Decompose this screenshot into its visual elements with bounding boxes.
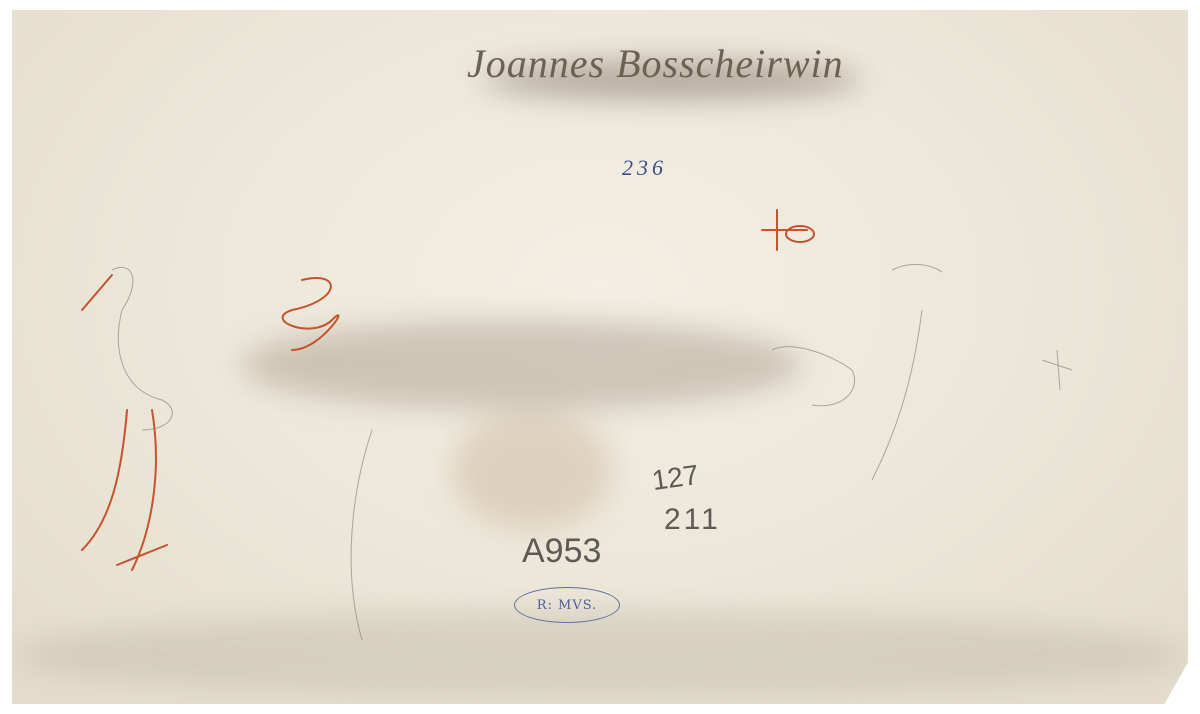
pencil-number-211: 211 <box>664 503 721 537</box>
stamp-text: R: MVS. <box>537 598 598 613</box>
inventory-number: A953 <box>522 532 601 571</box>
blue-number-inscription: 236 <box>622 155 667 181</box>
paper-sheet: Joannes Bosscheirwin 236 127 211 A953 R:… <box>12 10 1188 704</box>
collector-stamp: R: MVS. <box>514 587 620 623</box>
name-inscription: Joannes Bosscheirwin <box>467 40 844 87</box>
pencil-number-127: 127 <box>650 459 701 497</box>
